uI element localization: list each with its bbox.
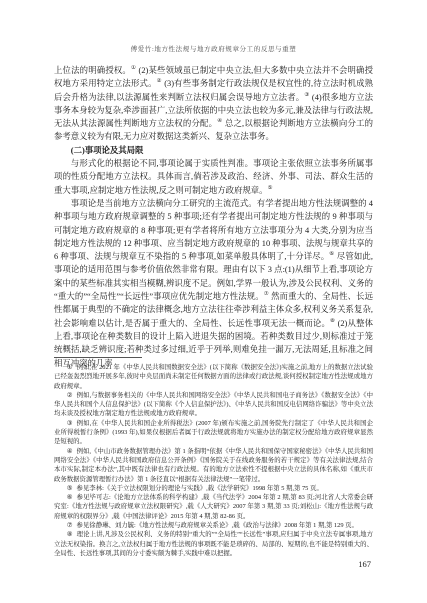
section-heading: (二)事项论及其局限 bbox=[54, 144, 373, 157]
footnote-marker: ⑤ bbox=[67, 485, 73, 492]
footnote-7: ⑦参见徐静琳、刘力毓:《地方性法规与政府规章关系论》,载《政治与法律》2008 … bbox=[54, 521, 373, 530]
footnote-8: ⑧理论上讲,凡涉及公民权利、义务的特别“重大的”“全局性”“长远性”事项,应归属… bbox=[54, 530, 373, 558]
footnote-2: ②例如,与数据事务相关的《中华人民共和国网络安全法》《中华人民共和国电子商务法》… bbox=[54, 391, 373, 419]
footnote-text: 理论上讲,凡涉及公民权利、义务的特别“重大的”“全局性”“长远性”事项,应归属于… bbox=[54, 531, 373, 557]
footnote-text: 例如,与数据事务相关的《中华人民共和国网络安全法》《中华人民共和国电子商务法》《… bbox=[54, 392, 373, 418]
footnote-6: ⑥参见毕可志:《论地方立法体系的科学构建》,载《当代法学》2004 年第 2 期… bbox=[54, 493, 373, 521]
footnote-text: 参见李林:《关于立法权限划分的理论与实践》,载《法学研究》1998 年第 5 期… bbox=[77, 485, 323, 492]
footnote-5: ⑤参见李林:《关于立法权限划分的理论与实践》,载《法学研究》1998 年第 5 … bbox=[54, 484, 373, 493]
footnote-marker: ④ bbox=[67, 448, 73, 455]
page-number: 167 bbox=[358, 559, 371, 569]
paper-page: 傅爱竹:地方性法规与地方政府规章分工的反思与重塑 上位法的明确授权。① (2)某… bbox=[0, 0, 427, 603]
footnote-marker: ⑦ bbox=[67, 522, 73, 529]
footnote-marker: ② bbox=[67, 392, 73, 399]
footnote-4: ④例如,《中山市政务数据管理办法》第 1 条指明“依据《中华人民共和国保守国家秘… bbox=[54, 447, 373, 484]
footnote-marker: ③ bbox=[67, 420, 73, 427]
body-paragraph-mainstream: 事项论是当前地方立法横向分工研究的主流范式。有学者提出地方性法规调整的 4 种事… bbox=[54, 197, 373, 370]
footnote-text: 例如,《中山市政务数据管理办法》第 1 条指明“依据《中华人民共和国保守国家秘密… bbox=[54, 448, 373, 483]
footnote-1: ①例如,在 2021 年《中华人民共和国数据安全法》(以下简称《数据安全法》)实… bbox=[54, 363, 373, 391]
footnote-marker: ① bbox=[67, 364, 73, 371]
footnote-text: 参见毕可志:《论地方立法体系的科学构建》,载《当代法学》2004 年第 2 期,… bbox=[54, 494, 373, 520]
body-content: 上位法的明确授权。① (2)某些领域虽已制定中央立法,但大多数中央立法并不会明确… bbox=[54, 64, 373, 370]
footnotes-section: ①例如,在 2021 年《中华人民共和国数据安全法》(以下简称《数据安全法》)实… bbox=[54, 357, 373, 558]
running-header: 傅爱竹:地方性法规与地方政府规章分工的反思与重塑 bbox=[0, 46, 427, 54]
body-paragraph-intro: 与形式化的根据论不同,事项论属于实质性判准。事项论主张依照立法事务所属事项的性质… bbox=[54, 157, 373, 197]
footnote-3: ③例如,在《中华人民共和国企业所得税法》(2007 年)颁布实施之前,国务院先行… bbox=[54, 419, 373, 447]
footnote-marker: ⑥ bbox=[67, 494, 73, 501]
footnote-marker: ⑧ bbox=[67, 531, 73, 538]
footnote-text: 参见徐静琳、刘力毓:《地方性法规与政府规章关系论》,载《政治与法律》2008 年… bbox=[77, 522, 358, 529]
body-paragraph-continuation: 上位法的明确授权。① (2)某些领域虽已制定中央立法,但大多数中央立法并不会明确… bbox=[54, 64, 373, 144]
footnote-separator bbox=[54, 357, 142, 358]
footnote-text: 例如,在 2021 年《中华人民共和国数据安全法》(以下简称《数据安全法》)实施… bbox=[54, 364, 373, 390]
footnote-text: 例如,在《中华人民共和国企业所得税法》(2007 年)颁布实施之前,国务院先行制… bbox=[54, 420, 373, 446]
